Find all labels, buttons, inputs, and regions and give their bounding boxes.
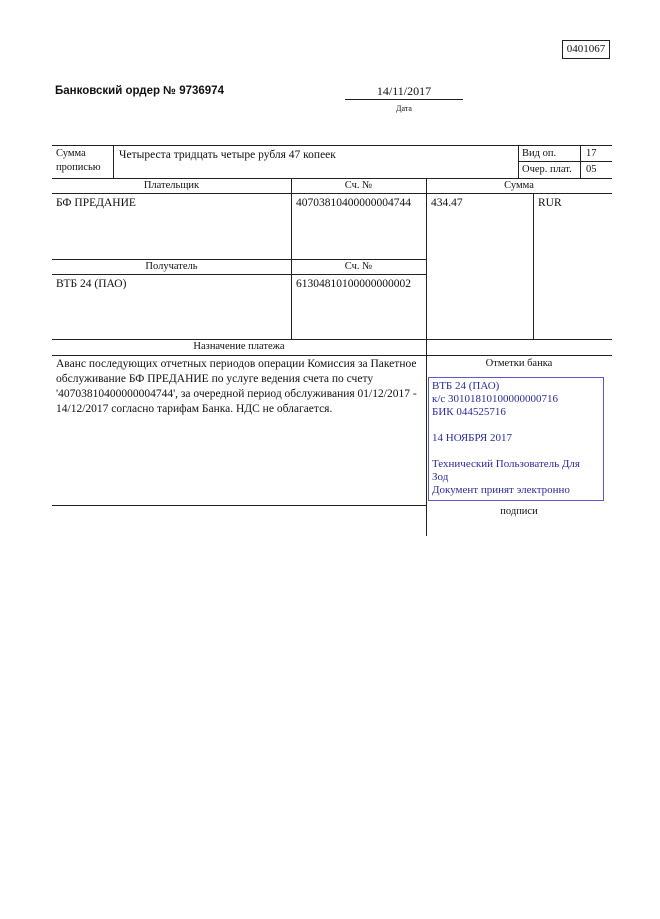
row-divider-recipient [52,274,426,275]
document-title: Банковский ордер № 9736974 [55,84,224,98]
payment-priority-value: 05 [586,164,597,176]
amount-words-value: Четыреста тридцать четыре рубля 47 копее… [119,148,336,162]
stamp-corr-account: к/с 30101810100000000716 [432,393,603,406]
col-header-payer-account: Сч. № [291,180,426,192]
amount-currency: RUR [538,196,562,210]
col-header-amount: Сумма [426,180,612,192]
stamp-accepted: Документ принят электронно [432,484,603,497]
col-divider-currency [533,193,534,339]
col-divider-amount [426,178,427,536]
operation-type-value: 17 [586,148,597,160]
date-underline [345,99,463,100]
purpose-text: Аванс последующих отчетных периодов опер… [56,357,424,417]
col-divider-amount-words [113,145,114,178]
stamp-bank-name: ВТБ 24 (ПАО) [432,380,603,393]
amount-value: 434.47 [431,196,463,210]
row-divider-recipient-header [52,259,426,260]
row-divider-op-priority [518,161,612,162]
amount-words-label-1: Сумма [56,148,86,160]
signatures-label: подписи [426,506,612,518]
col-divider-account [291,178,292,339]
bank-stamp: ВТБ 24 (ПАО) к/с 30101810100000000716 БИ… [428,377,604,501]
col-divider-op-label [518,145,519,178]
amount-words-label-2: прописью [56,162,101,174]
row-divider-purpose-header [52,339,612,340]
bank-marks-label: Отметки банка [426,358,612,370]
col-header-payer: Плательщик [52,180,291,192]
table-bottom-border [52,505,426,506]
operation-type-label: Вид оп. [522,148,556,160]
recipient-name: ВТБ 24 (ПАО) [56,277,126,291]
purpose-label: Назначение платежа [52,341,426,353]
document-date: 14/11/2017 [345,84,463,98]
col-header-recipient: Получатель [52,261,291,273]
payer-name: БФ ПРЕДАНИЕ [56,196,136,210]
date-label: Дата [345,104,463,114]
col-header-recipient-account: Сч. № [291,261,426,273]
table-top-border [52,145,612,146]
recipient-account: 61304810100000000002 [296,277,411,291]
stamp-bik: БИК 044525716 [432,406,603,419]
form-code: 0401067 [562,40,610,59]
stamp-user-line-2: Зод [432,471,603,484]
payment-priority-label: Очер. плат. [522,164,572,176]
stamp-user-line-1: Технический Пользователь Для [432,458,603,471]
payer-account: 40703810400000004744 [296,196,411,210]
row-divider-payer [52,193,612,194]
stamp-date: 14 НОЯБРЯ 2017 [432,432,603,445]
row-divider-header [52,178,612,179]
col-divider-op-value [580,145,581,178]
row-divider-purpose [52,355,612,356]
